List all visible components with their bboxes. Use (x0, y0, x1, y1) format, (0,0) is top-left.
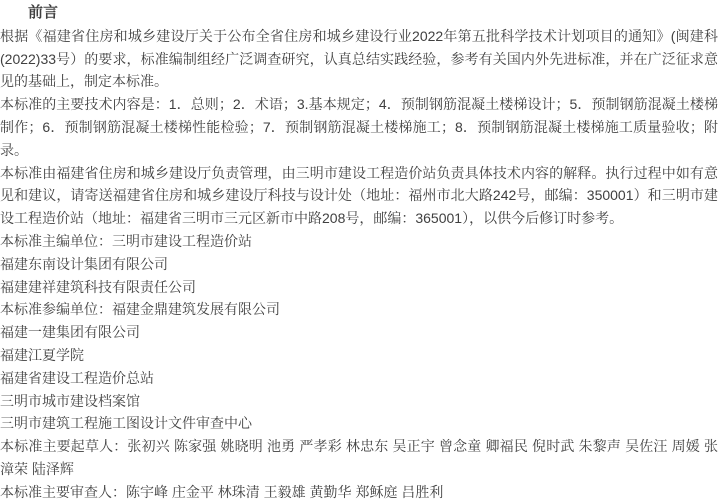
paragraph-management: 本标准由福建省住房和城乡建设厅负责管理，由三明市建设工程造价站负责具体技术内容的… (0, 162, 718, 230)
document-body: 根据《福建省住房和城乡建设厅关于公布全省住房和城乡建设行业2022年第五批科学技… (0, 25, 718, 503)
paragraph-reviewers: 本标准主要审查人：陈宇峰 庄金平 林珠清 王毅雄 黄勤华 郑稣庭 吕胜利 (0, 481, 718, 503)
paragraph-basis: 根据《福建省住房和城乡建设厅关于公布全省住房和城乡建设行业2022年第五批科学技… (0, 25, 718, 93)
page-title: 前言 (28, 2, 718, 25)
paragraph-drafters: 本标准主要起草人：张初兴 陈家强 姚晓明 池勇 严孝彩 林忠东 吴正宇 曾念童 … (0, 435, 718, 481)
paragraph-participating-unit: 三明市建筑工程施工图设计文件审查中心 (0, 412, 718, 435)
paragraph-chief-editor-unit: 本标准主编单位：三明市建设工程造价站 (0, 230, 718, 253)
paragraph-participating-unit: 福建省建设工程造价总站 (0, 367, 718, 390)
paragraph-participating-unit: 福建一建集团有限公司 (0, 321, 718, 344)
paragraph-editor-unit: 福建东南设计集团有限公司 (0, 253, 718, 276)
paragraph-editor-unit: 福建建祥建筑科技有限责任公司 (0, 276, 718, 299)
paragraph-participating-unit: 福建江夏学院 (0, 344, 718, 367)
paragraph-participating-unit: 本标准参编单位：福建金鼎建筑发展有限公司 (0, 298, 718, 321)
paragraph-participating-unit: 三明市城市建设档案馆 (0, 390, 718, 413)
document-page: 前言 根据《福建省住房和城乡建设厅关于公布全省住房和城乡建设行业2022年第五批… (0, 0, 718, 503)
paragraph-contents: 本标准的主要技术内容是：1．总则；2．术语；3.基本规定；4．预制钢筋混凝土楼梯… (0, 93, 718, 161)
